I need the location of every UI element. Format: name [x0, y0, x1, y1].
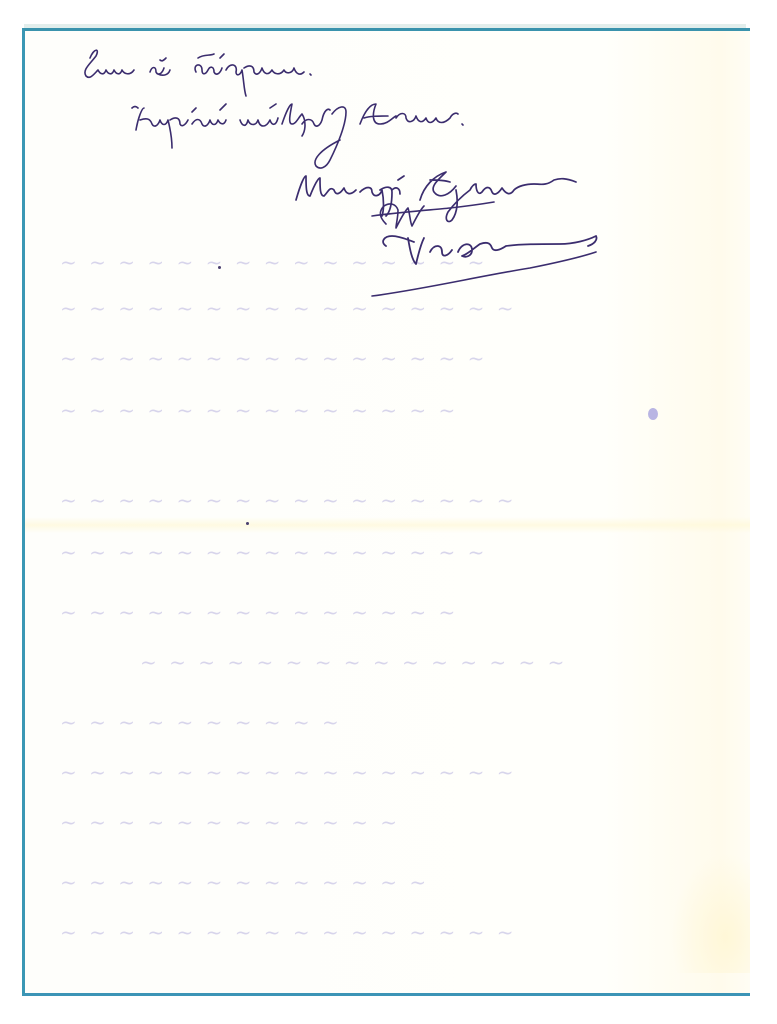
handwriting-closing — [296, 172, 576, 222]
handwriting-line-1 — [85, 50, 311, 96]
handwriting-strokes — [0, 0, 777, 1024]
handwriting-signature — [372, 236, 597, 296]
handwriting-line-2 — [132, 104, 463, 168]
